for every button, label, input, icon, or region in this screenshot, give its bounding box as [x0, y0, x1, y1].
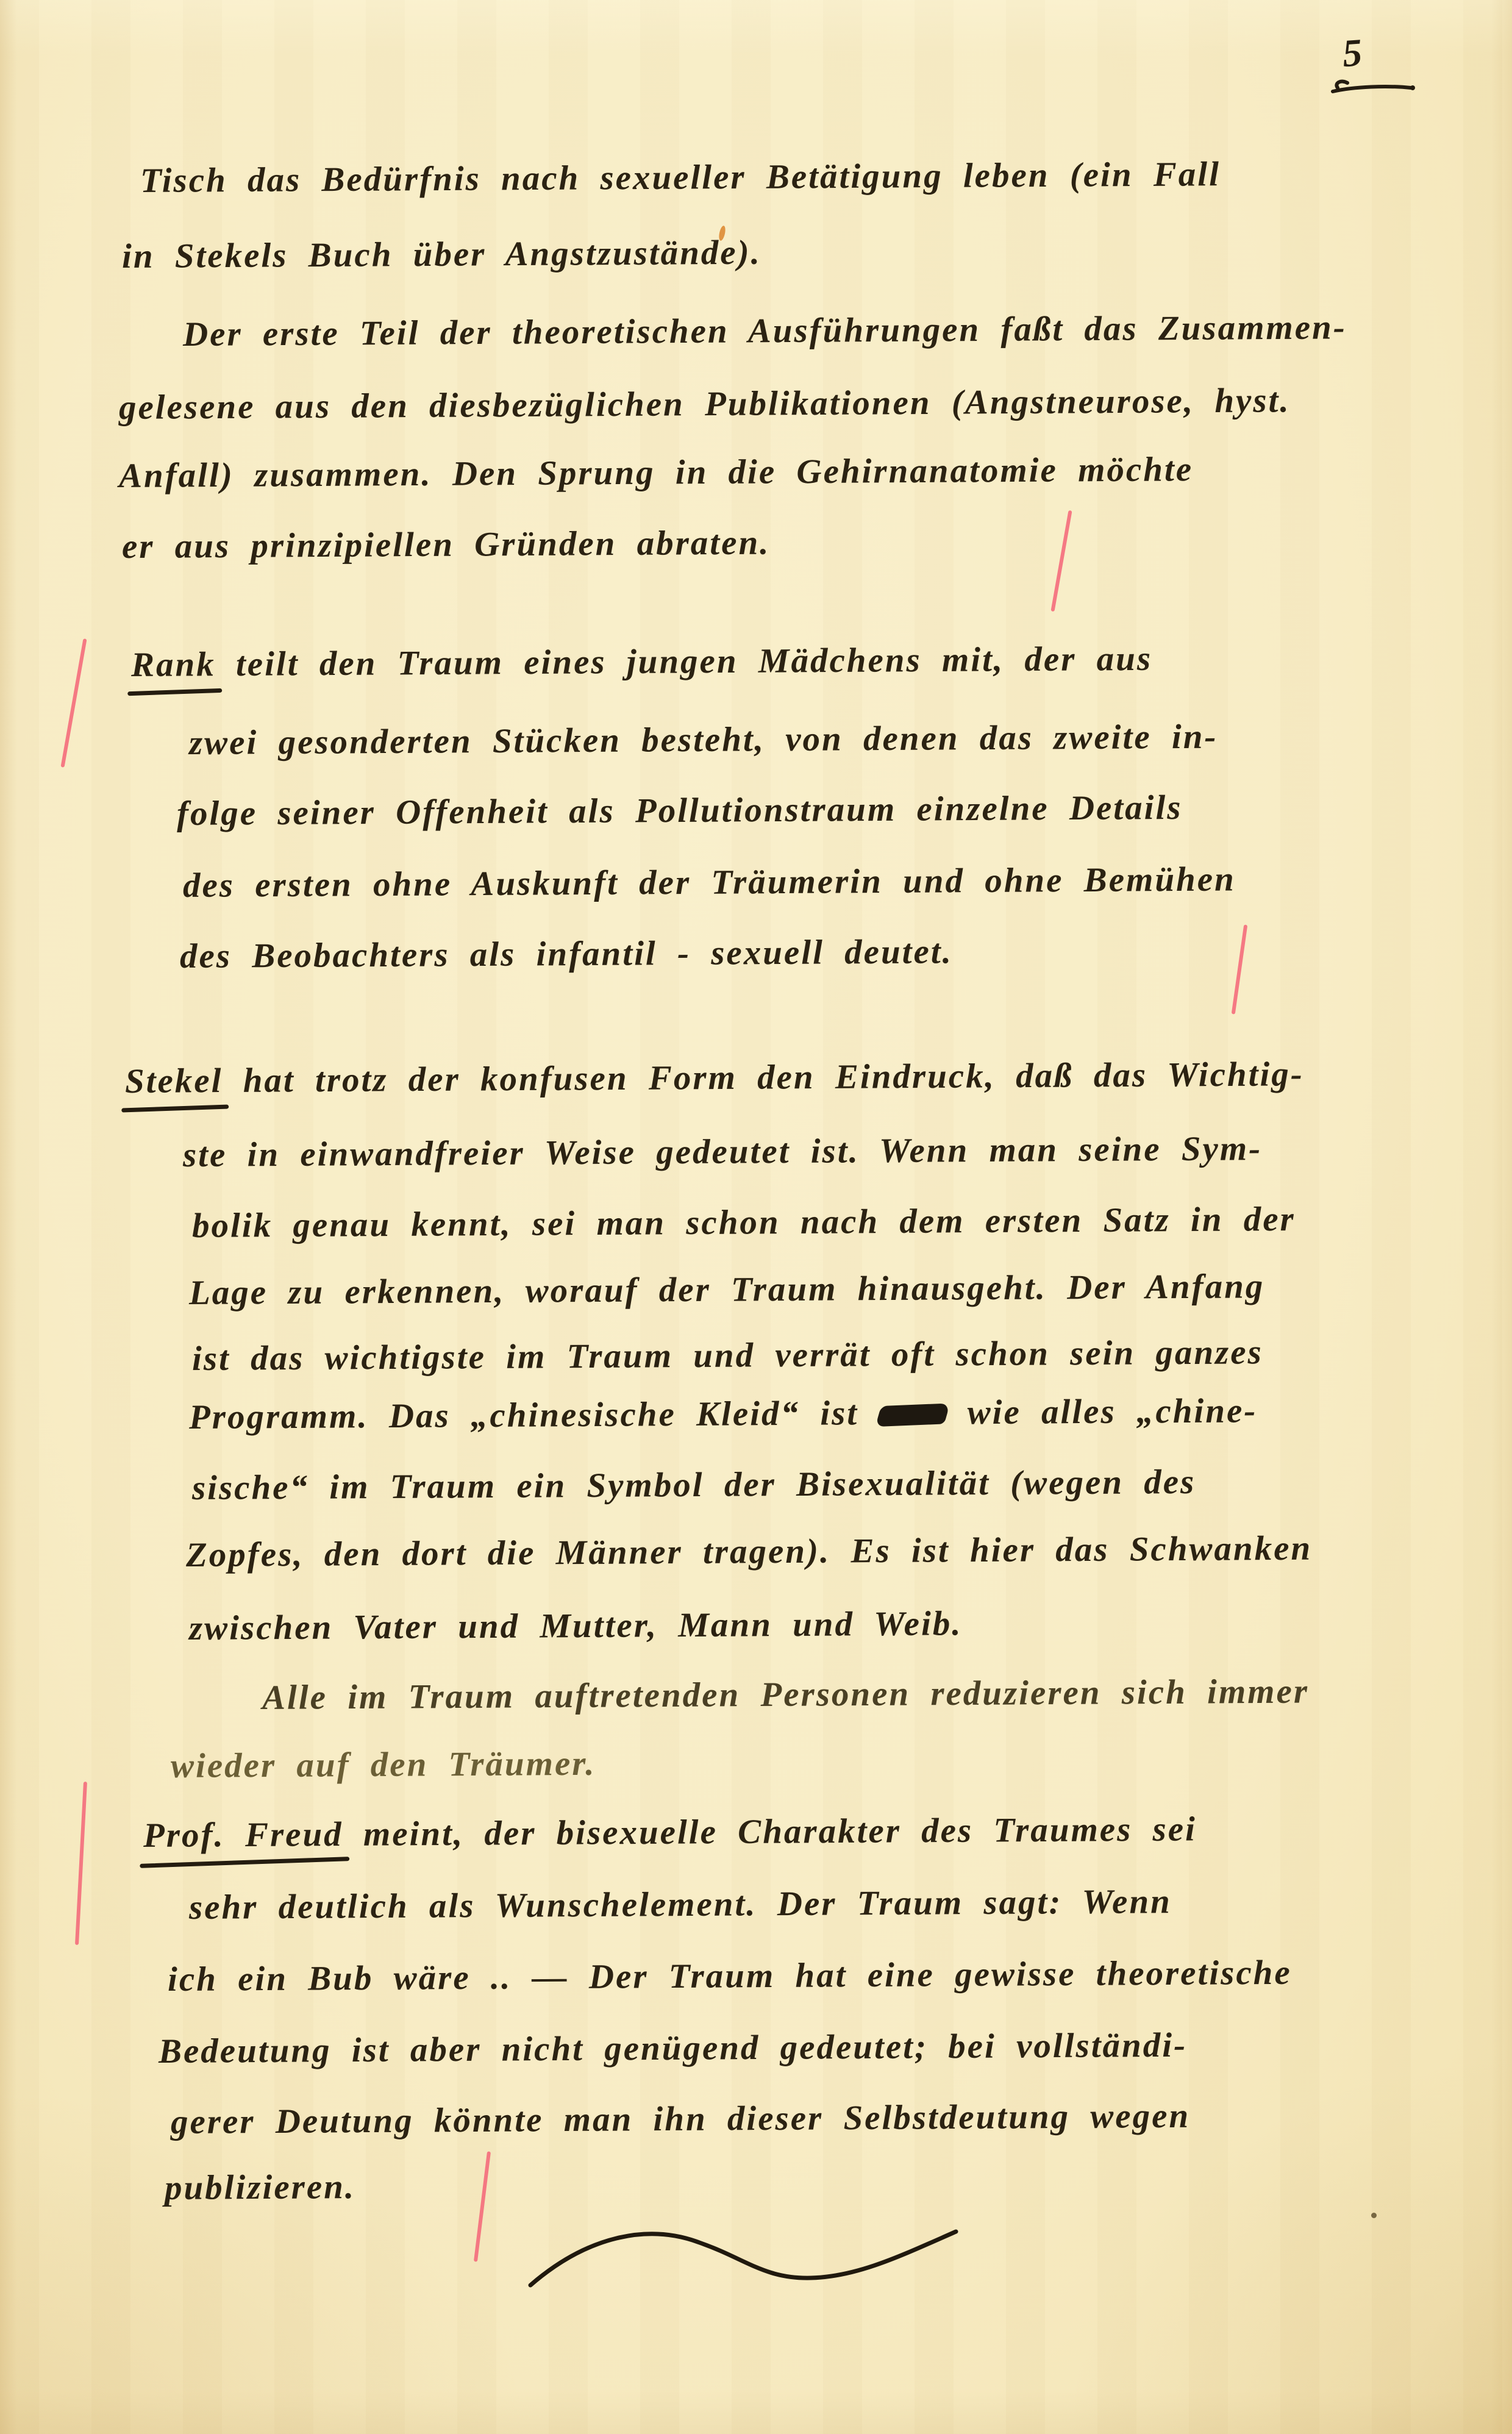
line-text: publizieren.: [165, 2168, 356, 2207]
line-text: bolik genau kennt, sei man schon nach de…: [192, 1200, 1296, 1245]
manuscript-line: ist das wichtigste im Traum und verrät o…: [192, 1335, 1263, 1376]
line-text: Zopfes, den dort die Männer tragen). Es …: [186, 1529, 1313, 1574]
line-text: Der erste Teil der theoretischen Ausführ…: [183, 308, 1347, 354]
manuscript-line: publizieren.: [165, 2169, 355, 2205]
manuscript-line: Lage zu erkennen, worauf der Traum hinau…: [189, 1269, 1265, 1310]
line-text: in Stekels Buch über Angstzustände).: [122, 234, 761, 276]
manuscript-line: des Beobachters als infantil - sexuell d…: [180, 934, 953, 974]
manuscript-line: sische“ im Traum ein Symbol der Bisexual…: [192, 1465, 1196, 1505]
line-text: zwischen Vater und Mutter, Mann und Weib…: [189, 1604, 963, 1647]
manuscript-line: zwei gesonderten Stücken besteht, von de…: [189, 719, 1218, 760]
redactor-mark-pink: [1050, 510, 1072, 612]
page-number-underline: [1327, 78, 1418, 96]
line-text: wieder auf den Träumer.: [171, 1744, 596, 1785]
manuscript-page: 5 Tisch das Bedürfnis nach sexueller Bet…: [0, 0, 1512, 2434]
manuscript-line: zwischen Vater und Mutter, Mann und Weib…: [189, 1606, 963, 1646]
speaker-rank: Rank: [131, 647, 216, 686]
manuscript-line: Programm. Das „chinesische Kleid“ ist wi…: [189, 1393, 1258, 1435]
manuscript-line: Der erste Teil der theoretischen Ausführ…: [183, 310, 1347, 352]
speaker-stekel: Stekel: [125, 1063, 223, 1102]
line-text: gelesene aus den diesbezüglichen Publika…: [119, 381, 1291, 427]
line-text: des ersten ohne Auskunft der Träumerin u…: [183, 860, 1236, 905]
redactor-mark-pink: [75, 1782, 87, 1945]
line-text: ste in einwandfreier Weise gedeutet ist.…: [183, 1129, 1263, 1174]
line-text: Programm. Das „chinesische Kleid“ ist: [189, 1394, 879, 1436]
redactor-mark-pink: [60, 638, 87, 768]
manuscript-line: Zopfes, den dort die Männer tragen). Es …: [186, 1531, 1313, 1572]
manuscript-line: in Stekels Buch über Angstzustände).: [122, 235, 761, 274]
manuscript-line: Rank teilt den Traum eines jungen Mädche…: [131, 641, 1152, 686]
manuscript-line: Alle im Traum auftretenden Personen redu…: [262, 1674, 1309, 1715]
manuscript-line: des ersten ohne Auskunft der Träumerin u…: [183, 862, 1236, 903]
line-text: hat trotz der konfusen Form den Eindruck…: [223, 1055, 1304, 1100]
line-text: ist das wichtigste im Traum und verrät o…: [192, 1333, 1263, 1378]
closing-flourish-icon: [526, 2218, 971, 2297]
manuscript-line: gerer Deutung könnte man ihn dieser Selb…: [171, 2099, 1190, 2140]
line-text: teilt den Traum eines jungen Mädchens mi…: [216, 640, 1153, 683]
line-text: Tisch das Bedürfnis nach sexueller Betät…: [140, 155, 1221, 200]
line-text: Lage zu erkennen, worauf der Traum hinau…: [189, 1267, 1265, 1312]
manuscript-line: Anfall) zusammen. Den Sprung in die Gehi…: [119, 452, 1193, 493]
line-text: wie alles „chine-: [947, 1391, 1257, 1432]
line-text: Bedeutung ist aber nicht genügend gedeut…: [159, 2026, 1187, 2071]
manuscript-line: ich ein Bub wäre .. — Der Traum hat eine…: [168, 1955, 1292, 1997]
page-number: 5: [1341, 30, 1363, 76]
line-text: Alle im Traum auftretenden Personen redu…: [262, 1672, 1309, 1717]
line-text: folge seiner Offenheit als Pollutionstra…: [177, 788, 1183, 833]
manuscript-line: er aus prinzipiellen Gründen abraten.: [122, 526, 771, 564]
speaker-prof-freud: Prof. Freud: [143, 1817, 343, 1857]
line-text: zwei gesonderten Stücken besteht, von de…: [189, 718, 1218, 762]
manuscript-line: Stekel hat trotz der konfusen Form den E…: [125, 1057, 1304, 1102]
redactor-mark-pink: [474, 2151, 491, 2261]
line-text: des Beobachters als infantil - sexuell d…: [180, 932, 953, 976]
line-text: meint, der bisexuelle Charakter des Trau…: [343, 1810, 1197, 1854]
manuscript-line: Prof. Freud meint, der bisexuelle Charak…: [143, 1811, 1197, 1857]
line-text: ich ein Bub wäre .. — Der Traum hat eine…: [168, 1954, 1292, 1999]
line-text: sische“ im Traum ein Symbol der Bisexual…: [192, 1463, 1196, 1507]
redactor-mark-pink: [1232, 924, 1248, 1014]
line-text: gerer Deutung könnte man ihn dieser Selb…: [171, 2097, 1190, 2141]
line-text: er aus prinzipiellen Gründen abraten.: [122, 524, 771, 566]
manuscript-line: ste in einwandfreier Weise gedeutet ist.…: [183, 1131, 1262, 1172]
scribbled-out-word: [875, 1403, 950, 1427]
manuscript-line: wieder auf den Träumer.: [171, 1746, 596, 1783]
manuscript-line: bolik genau kennt, sei man schon nach de…: [192, 1202, 1296, 1243]
manuscript-line: folge seiner Offenheit als Pollutionstra…: [177, 790, 1183, 831]
manuscript-line: sehr deutlich als Wunschelement. Der Tra…: [189, 1884, 1172, 1925]
ink-speck: [1371, 2213, 1377, 2218]
line-text: Anfall) zusammen. Den Sprung in die Gehi…: [119, 450, 1193, 495]
line-text: sehr deutlich als Wunschelement. Der Tra…: [189, 1882, 1172, 1927]
manuscript-line: gelesene aus den diesbezüglichen Publika…: [119, 383, 1291, 425]
manuscript-line: Bedeutung ist aber nicht genügend gedeut…: [159, 2028, 1187, 2069]
manuscript-line: Tisch das Bedürfnis nach sexueller Betät…: [140, 157, 1221, 198]
